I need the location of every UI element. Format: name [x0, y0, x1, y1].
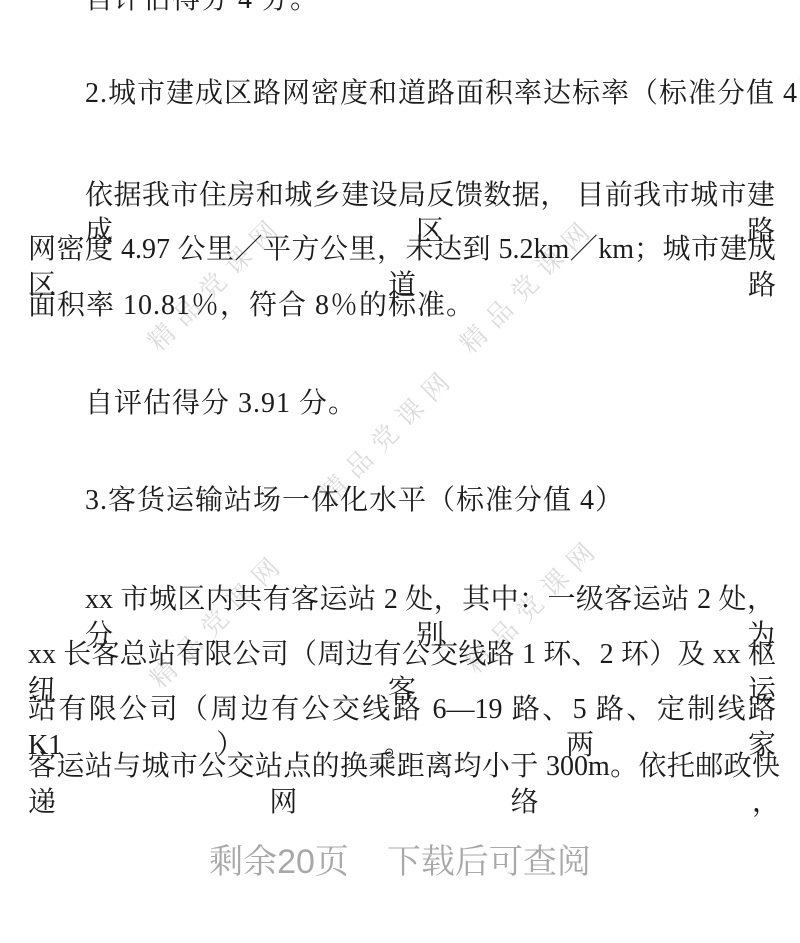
doc-line-clipped-top: 自评估得分 4 分。 — [85, 0, 319, 18]
paragraph-line: 客运站与城市公交站点的换乘距离均小于 300m。依托邮政快递网络， — [28, 749, 780, 821]
preview-footer: 剩余20页 下载后可查阅 — [0, 842, 800, 882]
doc-heading-section-2: 2.城市建成区路网密度和道路面积率达标率（标准分值 4） — [85, 76, 800, 112]
download-hint-label: 下载后可查阅 — [387, 842, 591, 882]
pages-remaining-label: 剩余20页 — [209, 842, 349, 882]
document-page: 精品党课网 精品党课网 精品党课网 精品党课网 精品党课网 自评估得分 4 分。… — [0, 0, 800, 943]
doc-heading-section-3: 3.客货运输站场一体化水平（标准分值 4） — [85, 483, 624, 519]
paragraph-line-score: 自评估得分 3.91 分。 — [85, 386, 357, 422]
paragraph-line: 面积率 10.81％，符合 8％的标准。 — [28, 288, 475, 324]
